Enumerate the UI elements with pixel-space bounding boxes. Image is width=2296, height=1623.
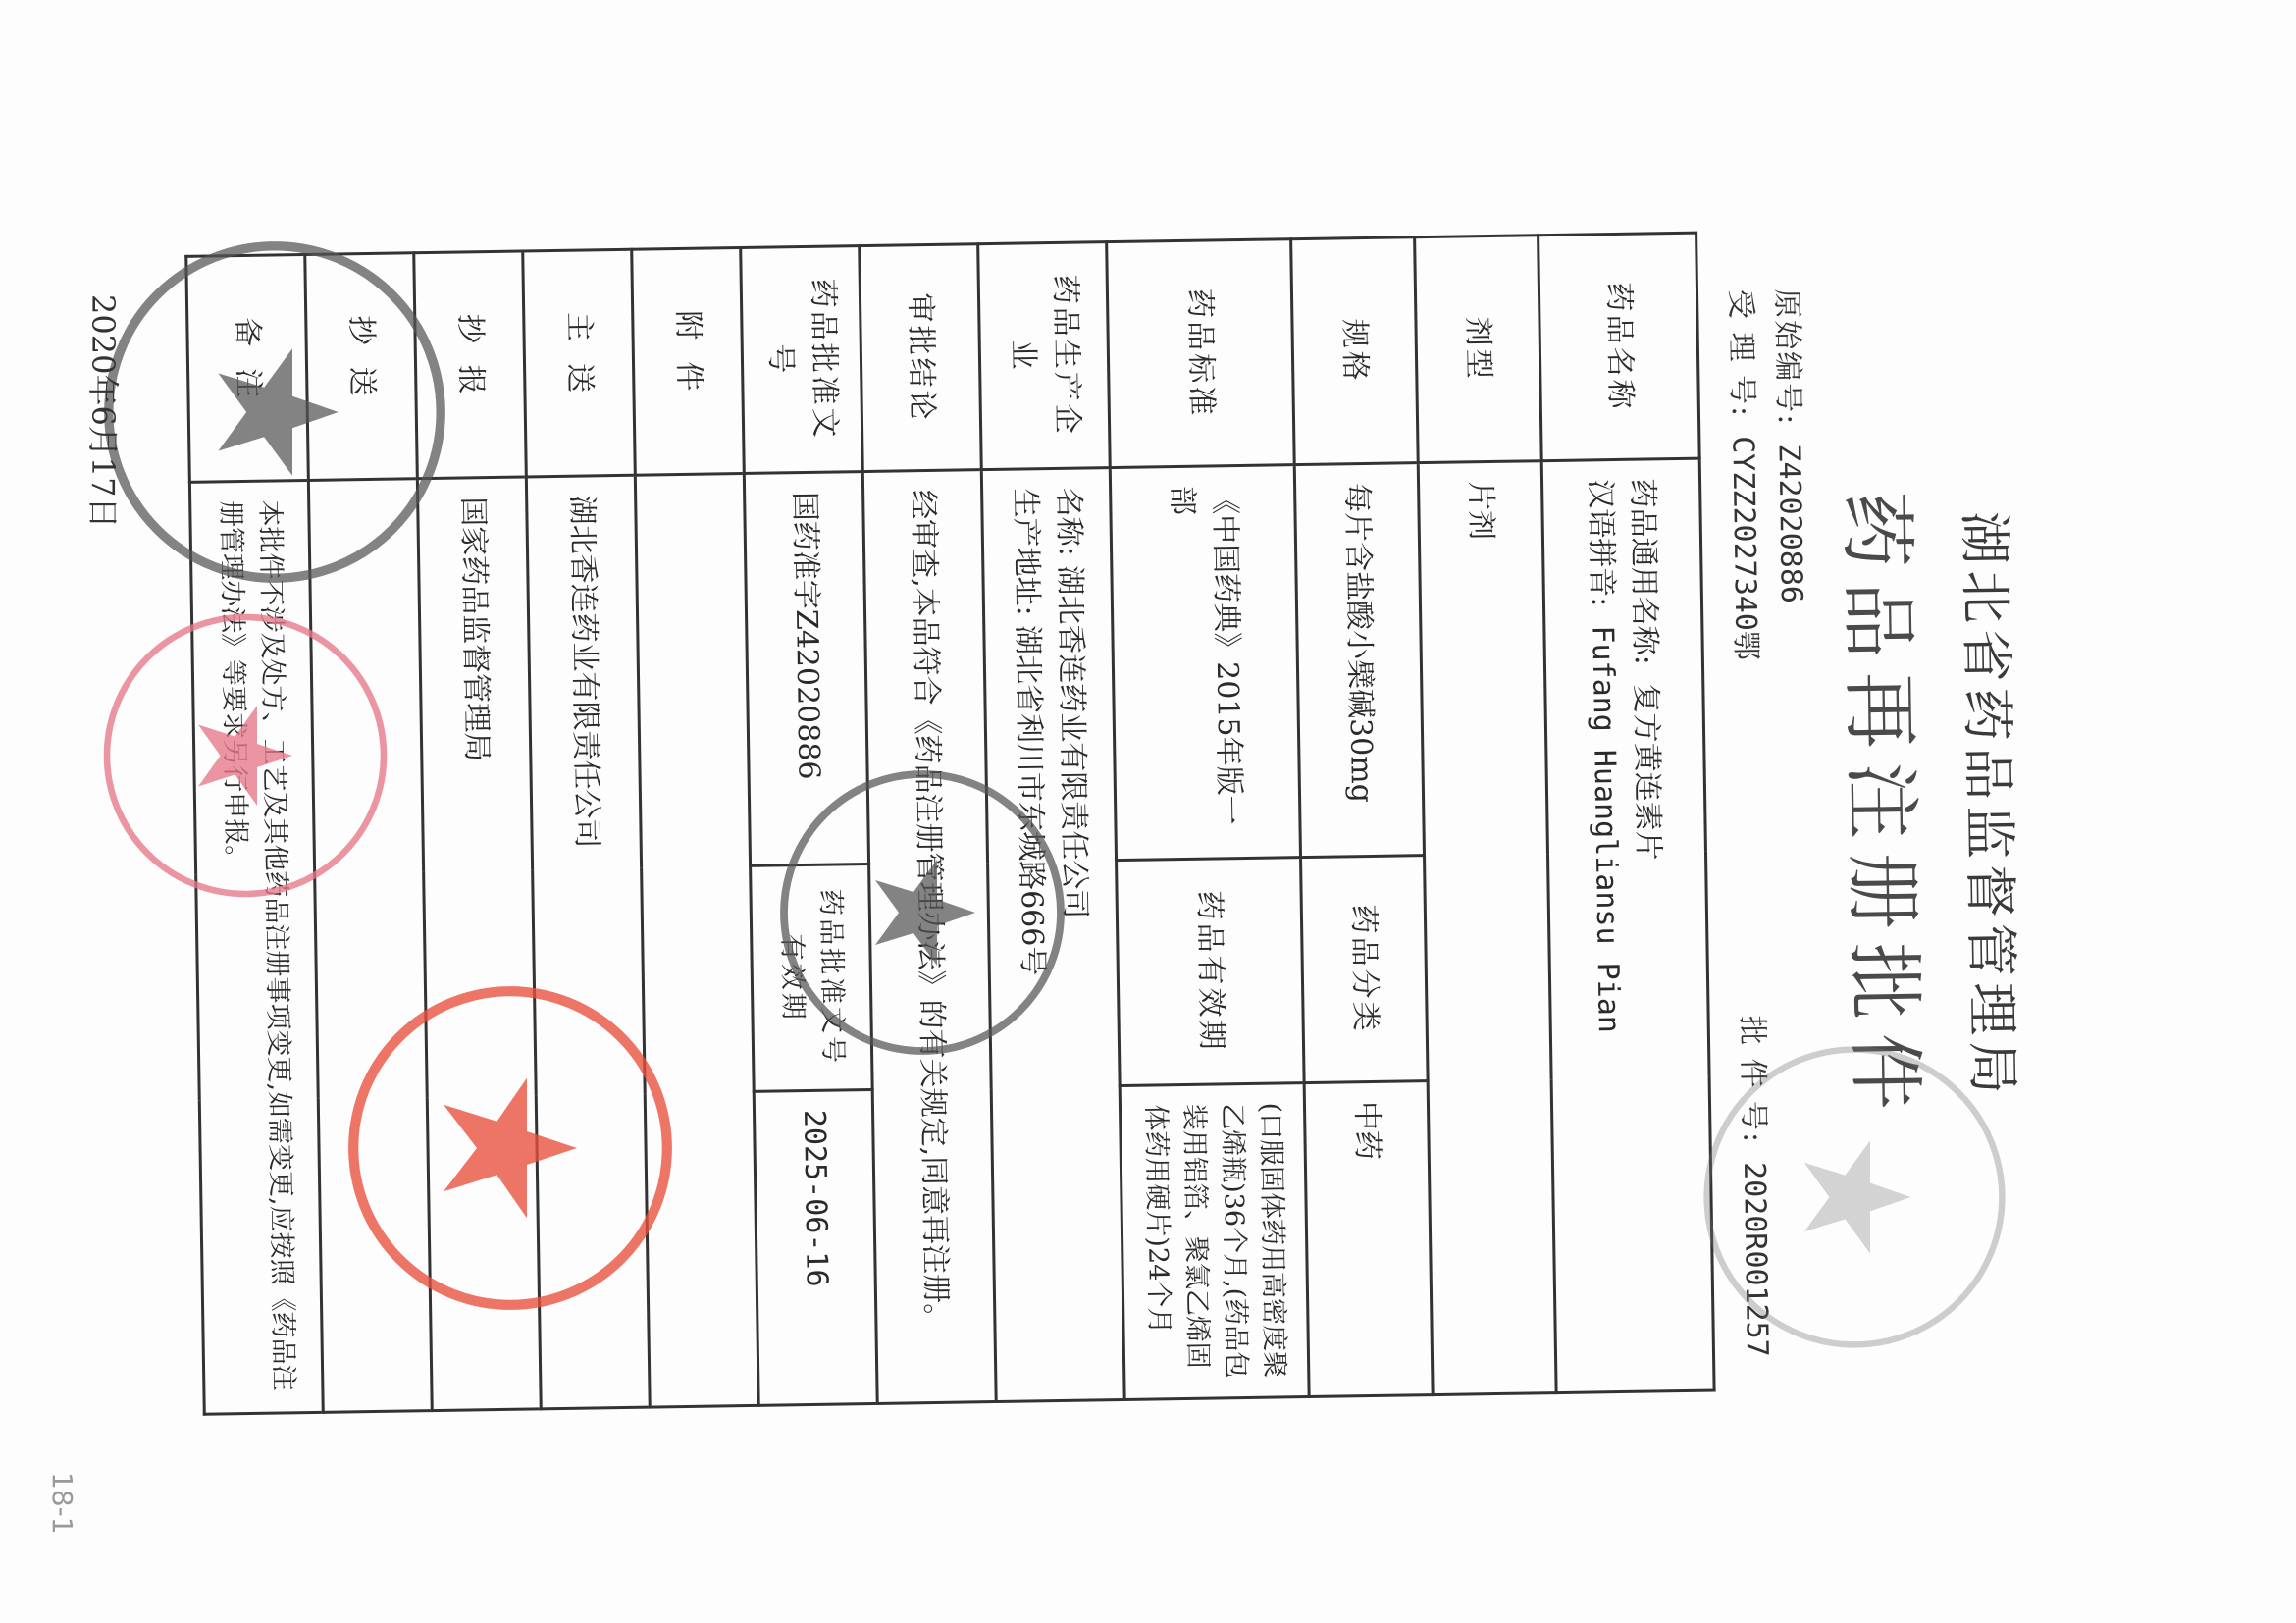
attachment-value [636,473,759,1407]
dosage-form-value: 片剂 [1418,461,1556,1395]
table-row-main-recipient: 主送 湖北香连药业有限责任公司 [523,249,651,1409]
conclusion-label: 审批结论 [860,244,982,472]
standard-value: 《中国药典》2015年版一部 [1111,465,1301,861]
main-recipient-value: 湖北香连药业有限责任公司 [527,475,651,1409]
approval-document: 湖北省药品监督管理局 药品再注册批件 原始编号: Z42020886 受 理 号… [185,226,2069,1413]
report-to-label: 抄报 [414,251,527,479]
approval-validity-label: 药品批准文号有效期 [751,864,873,1091]
cc-value [309,479,433,1413]
manufacturer-cell: 名称: 湖北香连药业有限责任公司 生产地址: 湖北省利川市东城路666号 [982,468,1125,1402]
approval-number-value: 2020R001257 [1737,1162,1774,1357]
manufacturer-label: 药品生产企业 [978,242,1111,470]
table-row-cc: 抄送 [305,253,433,1413]
table-row-drug-name: 药品名称 药品通用名称: 复方黄连素片 汉语拼音: Fufang Huangli… [1539,233,1715,1392]
main-recipient-label: 主送 [523,249,636,477]
acceptance-number: 受 理 号: CYZZ2027340鄂 [1722,289,1771,661]
manufacturer-address-value: 湖北省利川市东城路666号 [1011,625,1051,976]
original-number-value: Z42020886 [1771,444,1808,603]
generic-name-value: 复方黄连素片 [1629,683,1666,861]
spec-value: 每片含盐酸小檗碱30mg [1294,463,1424,858]
table-row-standard: 药品标准 《中国药典》2015年版一部 药品有效期 (口服固体药用高密度聚乙烯瓶… [1107,239,1309,1400]
document-header: 湖北省药品监督管理局 药品再注册批件 原始编号: Z42020886 受 理 号… [1697,226,2068,1389]
approval-doc-value: 国药准字Z42020886 [745,472,869,866]
issue-date: 2020年6月17日 [82,294,128,529]
table-row-spec: 规格 每片含盐酸小檗碱30mg 药品分类 中药 [1291,237,1434,1397]
pinyin-label: 汉语拼音: [1583,479,1619,607]
table-row-dosage-form: 剂型 片剂 [1415,236,1557,1395]
approval-number: 批 件 号: 2020R001257 [1734,1015,1782,1357]
manufacturer-address-label: 生产地址: [1009,488,1045,616]
spec-label: 规格 [1291,237,1419,465]
standard-label: 药品标准 [1107,239,1294,468]
table-row-manufacturer: 药品生产企业 名称: 湖北香连药业有限责任公司 生产地址: 湖北省利川市东城路6… [978,242,1125,1402]
document-page: 湖北省药品监督管理局 药品再注册批件 原始编号: Z42020886 受 理 号… [0,0,2296,1623]
manufacturer-name-label: 名称: [1051,487,1086,556]
table-row-approval-doc: 药品批准文号 国药准字Z42020886 药品批准文号有效期 2025-06-1… [741,246,878,1406]
remarks-label: 备注 [186,254,309,482]
drug-name-label: 药品名称 [1539,233,1700,461]
shelf-life-label: 药品有效期 [1117,858,1304,1086]
manufacturer-name-value: 湖北香连药业有限责任公司 [1052,565,1092,919]
report-to-value: 国家药品监督管理局 [418,477,542,1411]
approval-number-label: 批 件 号: [1735,1016,1771,1145]
table-row-conclusion: 审批结论 经审查,本品符合《药品注册管理办法》的有关规定,同意再注册。 [860,244,997,1404]
attachment-label: 附件 [632,247,745,475]
category-value: 中药 [1304,1081,1433,1397]
dosage-form-label: 剂型 [1415,236,1542,463]
pinyin-value: Fufang Huangliansu Pian [1585,625,1626,1033]
document-title: 药品再注册批件 [1823,228,1952,1387]
shelf-life-value: (口服固体药用高密度聚乙烯瓶)36个月,(药品包装用铝箔、聚氯乙烯固体药用硬片)… [1121,1083,1310,1400]
table-row-attachment: 附件 [632,247,759,1407]
approval-doc-label: 药品批准文号 [741,246,863,474]
category-label: 药品分类 [1301,856,1429,1083]
acceptance-number-label: 受 理 号: [1723,289,1759,419]
cc-label: 抄送 [305,253,418,481]
table-row-report-to: 抄报 国家药品监督管理局 [414,251,542,1411]
original-number-label: 原始编号: [1769,288,1805,427]
table-row-remarks: 备注 本批件不涉及处方、工艺及其他药品注册事项变更,如需变更,应按照《药品注册管… [186,254,324,1414]
acceptance-number-value: CYZZ2027340鄂 [1725,436,1763,660]
drug-name-cell: 药品通用名称: 复方黄连素片 汉语拼音: Fufang Huangliansu … [1541,458,1714,1392]
approval-validity-value: 2025-06-16 [755,1089,878,1405]
agency-title: 湖北省药品监督管理局 [1946,226,2040,1385]
conclusion-value: 经审查,本品符合《药品注册管理办法》的有关规定,同意再注册。 [863,470,997,1404]
generic-name-label: 药品通用名称: [1625,478,1662,665]
margin-note: 18-1 [46,1472,78,1535]
original-number: 原始编号: Z42020886 [1768,288,1816,603]
remarks-value: 本批件不涉及处方、工艺及其他药品注册事项变更,如需变更,应按照《药品注册管理办法… [190,480,324,1414]
approval-table: 药品名称 药品通用名称: 复方黄连素片 汉语拼音: Fufang Huangli… [185,232,1716,1416]
